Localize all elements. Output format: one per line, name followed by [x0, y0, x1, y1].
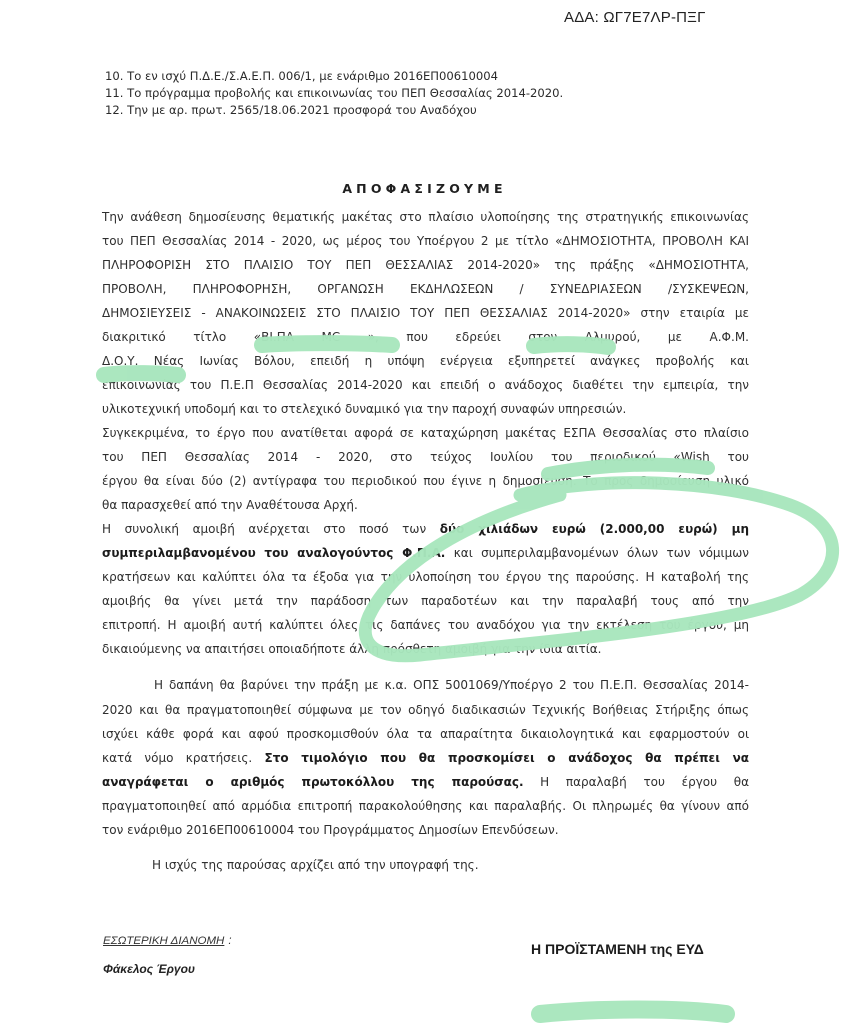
text-run: επικοινωνίας του Π.Ε.Π Θεσσαλίας 2014-20…: [102, 378, 749, 392]
body-line: ΠΛΗΡΟΦΟΡΙΣΗ ΣΤΟ ΠΛΑΙΣΙΟ ΤΟΥ ΠΕΠ ΘΕΣΣΑΛΙΑ…: [102, 255, 749, 275]
text-run: πραγματοποιηθεί από αρμόδια επιτροπή παρ…: [102, 799, 749, 813]
body-line: τον ενάριθμο 2016ΕΠ00610004 του Προγράμμ…: [102, 820, 749, 840]
body-line: δικαιούμενης να απαιτήσει οποιαδήποτε άλ…: [102, 639, 749, 659]
body-line: διακριτικό τίτλο «ΒΙ.ΠΑ ΜC », που εδρεύε…: [102, 327, 749, 347]
references-list: 10. Το εν ισχύ Π.Δ.Ε./Σ.Α.Ε.Π. 006/1, με…: [105, 68, 563, 119]
text-run: αμοιβής θα γίνει μετά την παράδοση των π…: [102, 594, 749, 608]
reference-item: 12. Την με αρ. πρωτ. 2565/18.06.2021 προ…: [105, 102, 563, 119]
text-run: Την ανάθεση δημοσίευσης θεματικής μακέτα…: [102, 210, 749, 224]
body-line: Την ανάθεση δημοσίευσης θεματικής μακέτα…: [102, 207, 749, 227]
reference-item: 10. Το εν ισχύ Π.Δ.Ε./Σ.Α.Ε.Π. 006/1, με…: [105, 68, 563, 85]
text-run: του ΠΕΠ Θεσσαλίας 2014 - 2020, στο τεύχο…: [102, 450, 749, 464]
text-run: Η δαπάνη θα βαρύνει την πράξη με κ.α. ΟΠ…: [154, 678, 749, 692]
text-run: και συμπεριλαμβανομένων όλων των νόμιμων: [445, 546, 749, 560]
body-line: αμοιβής θα γίνει μετά την παράδοση των π…: [102, 591, 749, 611]
bold-text: δύο χιλιάδων ευρώ (2.000,00 ευρώ) μη: [440, 522, 749, 536]
body-line: υλικοτεχνική υποδομή και το στελεχικό δυ…: [102, 399, 749, 419]
bold-text: συμπεριλαμβανομένου του αναλογούντος Φ.Π…: [102, 546, 445, 560]
body-line: Συγκεκριμένα, το έργο που ανατίθεται αφο…: [102, 423, 749, 443]
decision-heading: ΑΠΟΦΑΣΙΖΟΥΜΕ: [0, 181, 849, 196]
body-line: του ΠΕΠ Θεσσαλίας 2014 - 2020, στο τεύχο…: [102, 447, 749, 467]
body-line: έργου θα είναι δύο (2) αντίγραφα του περ…: [102, 471, 749, 491]
body-line: 2020 και θα πραγματοποιηθεί σύμφωνα με τ…: [102, 700, 749, 720]
body-line: θα παρασχεθεί από την Αναθέτουσα Αρχή.: [102, 495, 749, 515]
body-line: κατά νόμο κρατήσεις. Στο τιμολόγιο που θ…: [102, 748, 749, 768]
bold-text: Στο τιμολόγιο που θα προσκομίσει ο ανάδο…: [265, 751, 749, 765]
body-line: κρατήσεων και καλύπτει όλα τα έξοδα για …: [102, 567, 749, 587]
body-line: Η ισχύς της παρούσας αρχίζει από την υπο…: [102, 855, 749, 875]
text-run: κρατήσεων και καλύπτει όλα τα έξοδα για …: [102, 570, 749, 584]
body-line: Η δαπάνη θα βαρύνει την πράξη με κ.α. ΟΠ…: [102, 675, 749, 695]
redaction-mark: [540, 1010, 726, 1015]
body-line: ισχύει κάθε φορά και αφού προσκομισθούν …: [102, 724, 749, 744]
body-line: ΔΗΜΟΣΙΕΥΣΕΙΣ - ΑΝΑΚΟΙΝΩΣΕΙΣ ΣΤΟ ΠΛΑΙΣΙΟ …: [102, 303, 749, 323]
text-run: ΠΡΟΒΟΛΗ, ΠΛΗΡΟΦΟΡΗΣΗ, ΟΡΓΑΝΩΣΗ ΕΚΔΗΛΩΣΕΩ…: [102, 282, 749, 296]
distribution-colon: :: [228, 935, 231, 947]
text-run: του ΠΕΠ Θεσσαλίας 2014 - 2020, ως μέρος …: [102, 234, 749, 248]
text-run: επιτροπή. Η αμοιβή αυτή καλύπτει όλες τι…: [102, 618, 749, 632]
body-line: του ΠΕΠ Θεσσαλίας 2014 - 2020, ως μέρος …: [102, 231, 749, 251]
ada-code: ΑΔΑ: ΩΓ7Ε7ΛΡ-ΠΞΓ: [564, 9, 706, 26]
document-page: ΑΔΑ: ΩΓ7Ε7ΛΡ-ΠΞΓ 10. Το εν ισχύ Π.Δ.Ε./Σ…: [0, 0, 849, 1024]
text-run: Η συνολική αμοιβή ανέρχεται στο ποσό των: [102, 522, 440, 536]
text-run: θα παρασχεθεί από την Αναθέτουσα Αρχή.: [102, 498, 358, 512]
text-run: κατά νόμο κρατήσεις.: [102, 751, 265, 765]
body-line: πραγματοποιηθεί από αρμόδια επιτροπή παρ…: [102, 796, 749, 816]
body-line: αναγράφεται ο αριθμός πρωτοκόλλου της πα…: [102, 772, 749, 792]
body-line: επικοινωνίας του Π.Ε.Π Θεσσαλίας 2014-20…: [102, 375, 749, 395]
text-run: ΔΗΜΟΣΙΕΥΣΕΙΣ - ΑΝΑΚΟΙΝΩΣΕΙΣ ΣΤΟ ΠΛΑΙΣΙΟ …: [102, 306, 749, 320]
text-run: ισχύει κάθε φορά και αφού προσκομισθούν …: [102, 727, 749, 741]
text-run: δικαιούμενης να απαιτήσει οποιαδήποτε άλ…: [102, 642, 602, 656]
body-line: επιτροπή. Η αμοιβή αυτή καλύπτει όλες τι…: [102, 615, 749, 635]
internal-distribution-label: ΕΣΩΤΕΡΙΚΗ ΔΙΑΝΟΜΗ:: [103, 935, 232, 947]
text-run: έργου θα είναι δύο (2) αντίγραφα του περ…: [102, 474, 749, 488]
signatory-title: Η ΠΡΟΪΣΤΑΜΕΝΗ της ΕΥΔ: [531, 941, 704, 957]
body-line: Η συνολική αμοιβή ανέρχεται στο ποσό των…: [102, 519, 749, 539]
text-run: Συγκεκριμένα, το έργο που ανατίθεται αφο…: [102, 426, 749, 440]
text-run: διακριτικό τίτλο «ΒΙ.ΠΑ ΜC », που εδρεύε…: [102, 330, 749, 344]
body-line: Δ.Ο.Υ. Νέας Ιωνίας Βόλου, επειδή η υπόψη…: [102, 351, 749, 371]
text-run: ΠΛΗΡΟΦΟΡΙΣΗ ΣΤΟ ΠΛΑΙΣΙΟ ΤΟΥ ΠΕΠ ΘΕΣΣΑΛΙΑ…: [102, 258, 749, 272]
text-run: Η ισχύς της παρούσας αρχίζει από την υπο…: [152, 858, 479, 872]
text-run: Η παραλαβή του έργου θα: [524, 775, 749, 789]
text-run: υλικοτεχνική υποδομή και το στελεχικό δυ…: [102, 402, 626, 416]
text-run: Δ.Ο.Υ. Νέας Ιωνίας Βόλου, επειδή η υπόψη…: [102, 354, 749, 368]
text-run: 2020 και θα πραγματοποιηθεί σύμφωνα με τ…: [102, 703, 749, 717]
body-line: ΠΡΟΒΟΛΗ, ΠΛΗΡΟΦΟΡΗΣΗ, ΟΡΓΑΝΩΣΗ ΕΚΔΗΛΩΣΕΩ…: [102, 279, 749, 299]
distribution-text: ΕΣΩΤΕΡΙΚΗ ΔΙΑΝΟΜΗ: [103, 935, 224, 947]
body-line: συμπεριλαμβανομένου του αναλογούντος Φ.Π…: [102, 543, 749, 563]
text-run: τον ενάριθμο 2016ΕΠ00610004 του Προγράμμ…: [102, 823, 559, 837]
bold-text: αναγράφεται ο αριθμός πρωτοκόλλου της πα…: [102, 775, 524, 789]
reference-item: 11. Το πρόγραμμα προβολής και επικοινωνί…: [105, 85, 563, 102]
project-folder: Φάκελος Έργου: [103, 962, 195, 976]
